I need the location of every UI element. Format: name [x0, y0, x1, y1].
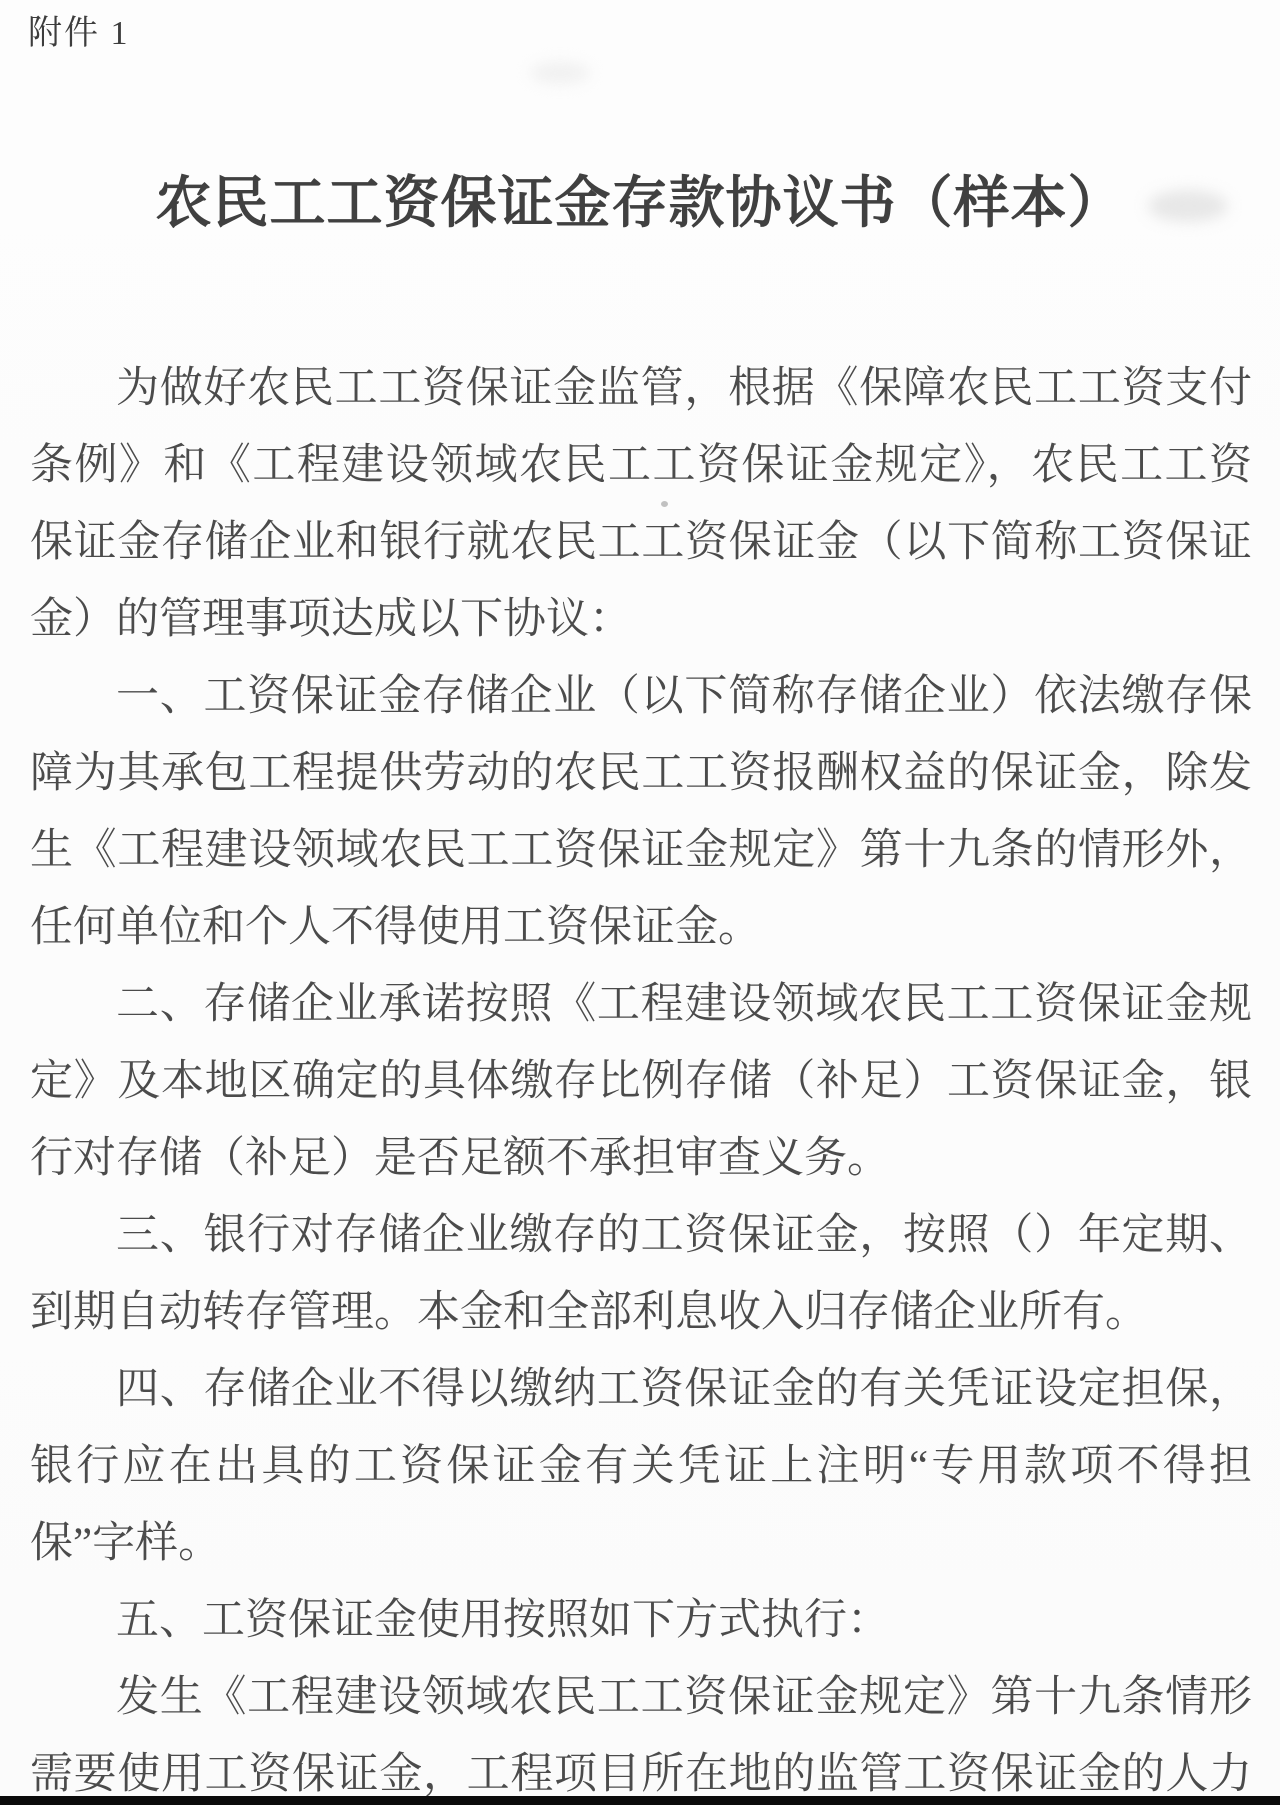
body-line: 为做好农民工工资保证金监管，根据《保障农民工工资支付: [30, 350, 1252, 427]
attachment-label: 附件 1: [28, 12, 130, 56]
body-line: 银行应在出具的工资保证金有关凭证上注明“专用款项不得担: [30, 1428, 1252, 1505]
scan-smudge-artifact: [1148, 190, 1228, 222]
scan-smudge-artifact: [530, 62, 590, 84]
body-line: 发生《工程建设领域农民工工资保证金规定》第十九条情形: [30, 1659, 1252, 1736]
body-line: 生《工程建设领域农民工工资保证金规定》第十九条的情形外，: [30, 812, 1252, 889]
body-line: 行对存储（补足）是否足额不承担审查义务。: [30, 1120, 1252, 1197]
scanned-document-page: 附件 1 农民工工资保证金存款协议书（样本） 为做好农民工工资保证金监管，根据《…: [0, 0, 1280, 1805]
document-title: 农民工工资保证金存款协议书（样本）: [0, 172, 1280, 236]
body-line: 五、工资保证金使用按照如下方式执行：: [30, 1582, 1252, 1659]
body-line: 二、存储企业承诺按照《工程建设领域农民工工资保证金规: [30, 966, 1252, 1043]
body-line: 需要使用工资保证金，工程项目所在地的监管工资保证金的人力: [30, 1736, 1252, 1805]
document-body: 为做好农民工工资保证金监管，根据《保障农民工工资支付条例》和《工程建设领域农民工…: [30, 350, 1252, 1805]
body-line: 障为其承包工程提供劳动的农民工工资报酬权益的保证金，除发: [30, 735, 1252, 812]
body-line: 保”字样。: [30, 1505, 1252, 1582]
body-line: 到期自动转存管理。本金和全部利息收入归存储企业所有。: [30, 1274, 1252, 1351]
body-line: 任何单位和个人不得使用工资保证金。: [30, 889, 1252, 966]
scan-speck-artifact: [661, 501, 668, 507]
body-line: 保证金存储企业和银行就农民工工资保证金（以下简称工资保证: [30, 504, 1252, 581]
body-line: 条例》和《工程建设领域农民工工资保证金规定》，农民工工资: [30, 427, 1252, 504]
body-line: 四、存储企业不得以缴纳工资保证金的有关凭证设定担保，: [30, 1351, 1252, 1428]
scan-edge-artifact: [0, 1796, 1280, 1805]
body-line: 金）的管理事项达成以下协议：: [30, 581, 1252, 658]
body-line: 三、银行对存储企业缴存的工资保证金，按照（）年定期、: [30, 1197, 1252, 1274]
body-line: 定》及本地区确定的具体缴存比例存储（补足）工资保证金，银: [30, 1043, 1252, 1120]
body-line: 一、工资保证金存储企业（以下简称存储企业）依法缴存保: [30, 658, 1252, 735]
